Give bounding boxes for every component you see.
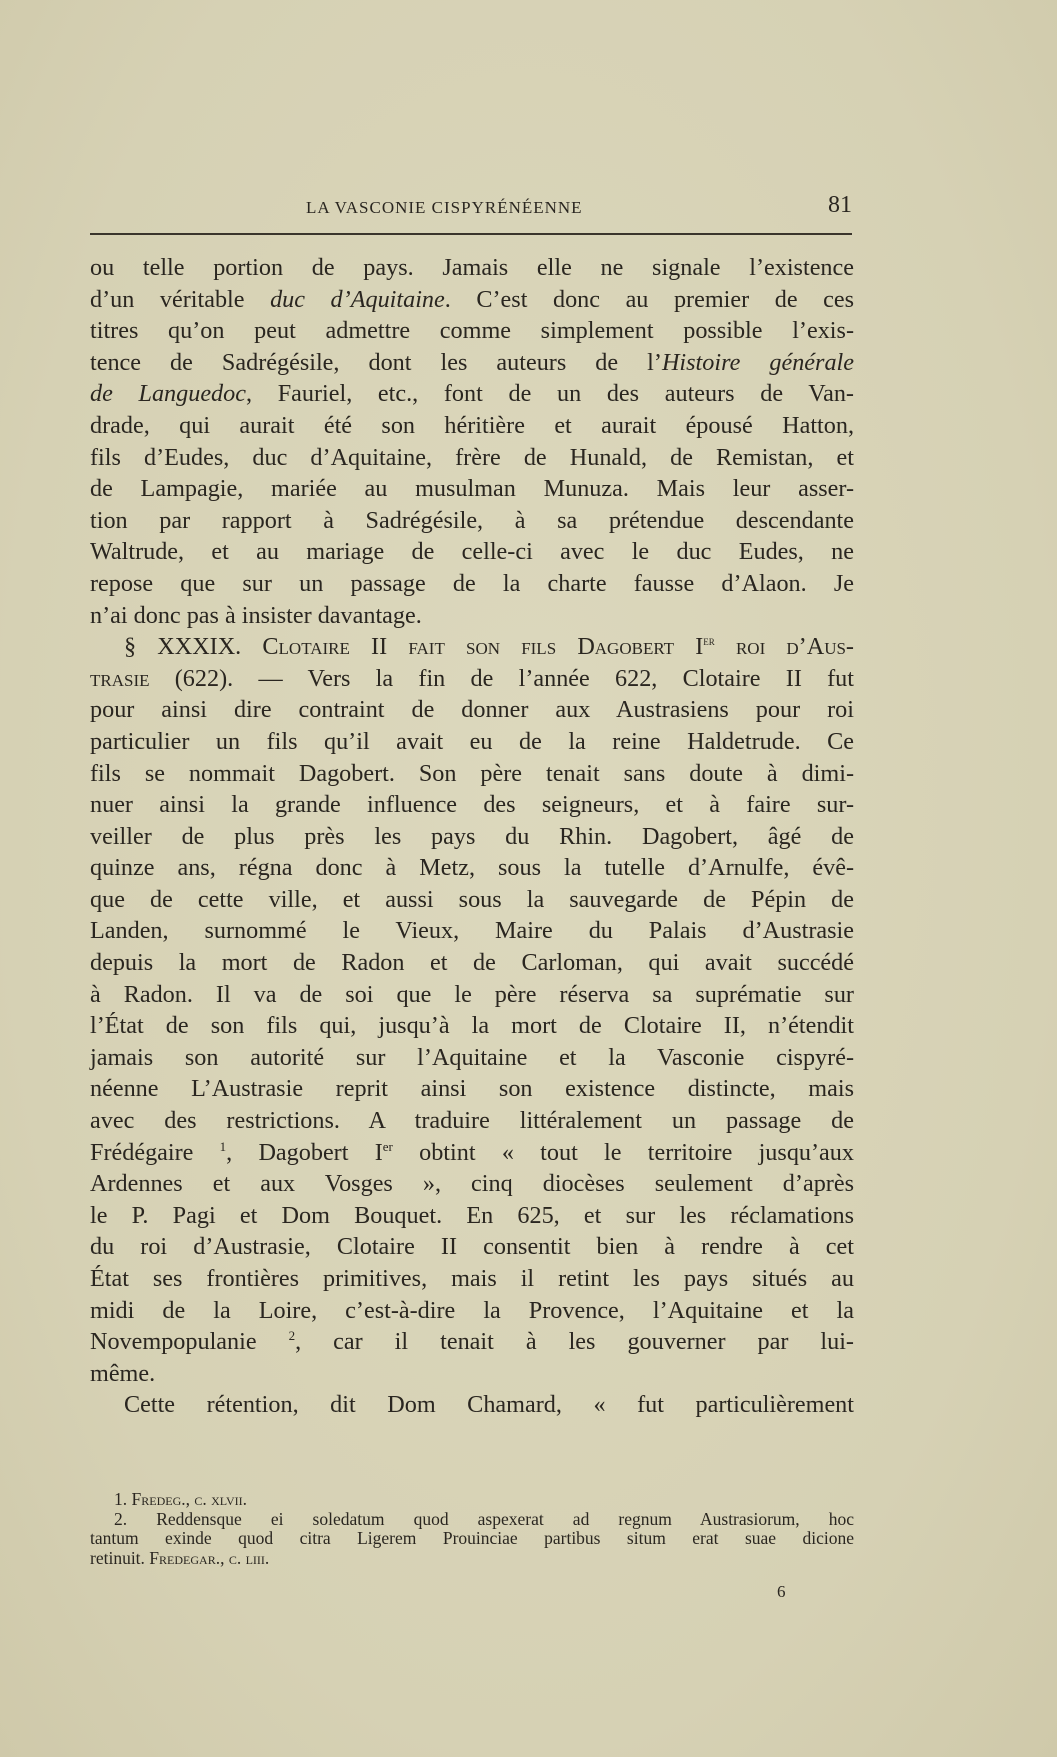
superscript: er xyxy=(703,633,715,648)
text-line: Landen, surnommé le Vieux, Maire du Pala… xyxy=(90,915,854,947)
footnote-line: tantum exinde quod citra Ligerem Prouinc… xyxy=(90,1529,854,1549)
footnote-source: Fredegar. xyxy=(149,1548,220,1568)
page-number: 81 xyxy=(828,192,852,219)
section-title: roi d’Aus- xyxy=(715,633,854,660)
italic-title: de Languedoc xyxy=(90,380,246,407)
text-line: à Radon. Il va de soi que le père réserv… xyxy=(90,979,854,1011)
text-line: fils d’Eudes, duc d’Aquitaine, frère de … xyxy=(90,442,854,474)
text-span: . C’est donc au premier de ces xyxy=(445,286,854,313)
text-line: midi de la Loire, c’est-à-dire la Proven… xyxy=(90,1295,854,1327)
section-heading: § XXXIX. Clotaire II fait son fils Dagob… xyxy=(90,631,854,663)
text-span: Frédégaire xyxy=(90,1139,220,1166)
running-head: LA VASCONIE CISPYRÉNÉENNE 81 xyxy=(90,192,850,226)
text-span: , Dagobert I xyxy=(226,1139,383,1166)
text-line: n’ai donc pas à insister davantage. xyxy=(90,600,854,632)
footnote-line: 2. Reddensque ei soledatum quod aspexera… xyxy=(90,1510,854,1530)
text-line: veiller de plus près les pays du Rhin. D… xyxy=(90,821,854,853)
footnote-ref: , c. liii. xyxy=(220,1548,269,1568)
text-span: retinuit. xyxy=(90,1548,149,1568)
text-line: même. xyxy=(90,1358,854,1390)
header-rule xyxy=(90,233,852,235)
text-line: quinze ans, régna donc à Metz, sous la t… xyxy=(90,852,854,884)
body-text: ou telle portion de pays. Jamais elle ne… xyxy=(90,252,854,1421)
signature-mark: 6 xyxy=(777,1582,786,1602)
text-line: pour ainsi dire contraint de donner aux … xyxy=(90,694,854,726)
text-line: État ses frontières primitives, mais il … xyxy=(90,1263,854,1295)
text-span: , Fauriel, etc., font de un des auteurs … xyxy=(246,380,854,407)
text-line: Waltrude, et au mariage de celle-ci avec… xyxy=(90,536,854,568)
text-line: Cette rétention, dit Dom Chamard, « fut … xyxy=(90,1389,854,1421)
section-title: trasie xyxy=(90,665,150,692)
superscript: er xyxy=(383,1139,393,1154)
section-title: Clotaire II fait son fils Dagobert I xyxy=(262,633,703,660)
text-span: d’un véritable xyxy=(90,286,270,313)
text-line: tion par rapport à Sadrégésile, à sa pré… xyxy=(90,505,854,537)
running-title: LA VASCONIE CISPYRÉNÉENNE xyxy=(306,198,583,218)
text-line: Novempopulanie 2, car il tenait à les go… xyxy=(90,1326,854,1358)
text-line: Frédégaire 1, Dagobert Ier obtint « tout… xyxy=(90,1137,854,1169)
footnote-1: 1. Fredeg., c. xlvii. xyxy=(90,1490,854,1510)
section-marker: § XXXIX. xyxy=(124,633,241,660)
text-line: du roi d’Austrasie, Clotaire II consenti… xyxy=(90,1231,854,1263)
text-line: drade, qui aurait été son héritière et a… xyxy=(90,410,854,442)
text-line: particulier un fils qu’il avait eu de la… xyxy=(90,726,854,758)
footnote-source: Fredeg. xyxy=(132,1489,186,1509)
text-line: néenne L’Austrasie reprit ainsi son exis… xyxy=(90,1073,854,1105)
text-line: tence de Sadrégésile, dont les auteurs d… xyxy=(90,347,854,379)
text-line: jamais son autorité sur l’Aquitaine et l… xyxy=(90,1042,854,1074)
text-line: avec des restrictions. A traduire littér… xyxy=(90,1105,854,1137)
text-span: Novempopulanie xyxy=(90,1328,289,1355)
text-line: de Languedoc, Fauriel, etc., font de un … xyxy=(90,378,854,410)
book-page: LA VASCONIE CISPYRÉNÉENNE 81 ou telle po… xyxy=(0,0,1057,1757)
footnote-ref: , c. xlvii. xyxy=(186,1489,247,1509)
text-line: l’État de son fils qui, jusqu’à la mort … xyxy=(90,1010,854,1042)
text-line: d’un véritable duc d’Aquitaine. C’est do… xyxy=(90,284,854,316)
footnote-number: 1. xyxy=(114,1489,132,1509)
text-line: trasie (622). — Vers la fin de l’année 6… xyxy=(90,663,854,695)
text-line: depuis la mort de Radon et de Carloman, … xyxy=(90,947,854,979)
footnote-2: 2. Reddensque ei soledatum quod aspexera… xyxy=(90,1510,854,1569)
text-line: nuer ainsi la grande influence des seign… xyxy=(90,789,854,821)
text-line: Ardennes et aux Vosges », cinq diocèses … xyxy=(90,1168,854,1200)
text-line: le P. Pagi et Dom Bouquet. En 625, et su… xyxy=(90,1200,854,1232)
text-line: repose que sur un passage de la charte f… xyxy=(90,568,854,600)
text-line: ou telle portion de pays. Jamais elle ne… xyxy=(90,252,854,284)
text-span: (622). — Vers la fin de l’année 622, Clo… xyxy=(150,665,855,692)
text-line: que de cette ville, et aussi sous la sau… xyxy=(90,884,854,916)
footnote-line: retinuit. Fredegar., c. liii. xyxy=(90,1549,854,1569)
text-line: titres qu’on peut admettre comme simplem… xyxy=(90,315,854,347)
text-span: obtint « tout le territoire jusqu’aux xyxy=(393,1139,854,1166)
text-line: fils se nommait Dagobert. Son père tenai… xyxy=(90,758,854,790)
italic-title: Histoire générale xyxy=(662,349,854,376)
text-line: de Lampagie, mariée au musulman Munuza. … xyxy=(90,473,854,505)
footnotes: 1. Fredeg., c. xlvii. 2. Reddensque ei s… xyxy=(90,1490,854,1568)
text-span: , car il tenait à les gouverner par lui- xyxy=(295,1328,854,1355)
text-span: tence de Sadrégésile, dont les auteurs d… xyxy=(90,349,662,376)
italic-term: duc d’Aquitaine xyxy=(270,286,445,313)
